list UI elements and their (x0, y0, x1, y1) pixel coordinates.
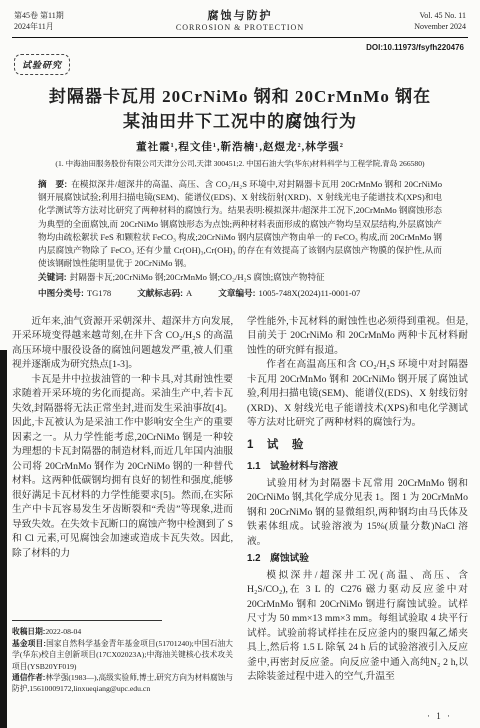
doc-code-value: A (186, 288, 192, 298)
article-id-item: 文章编号:1005-748X(2024)11-0001-07 (218, 287, 360, 300)
right-column: 学性能外,卡瓦材料的耐蚀性也必须得到重视。但是,目前关于 20CrNiMo 和 … (247, 315, 468, 698)
abstract: 摘 要:在模拟深井/超深井的高温、高压、含 CO₂/H₂S 环境中,对封隔器卡瓦… (38, 178, 442, 270)
column-badge-wrap: 试验研究 (14, 54, 480, 78)
keywords: 关键词:封隔器卡瓦;20CrNiMo 钢;20CrMnMo 钢;CO₂/H₂S … (38, 271, 442, 284)
doc-code-label: 文献标志码: (137, 288, 183, 298)
article-id-label: 文章编号: (218, 288, 255, 298)
body-columns: 近年来,油气资源开采朝深井、超深井方向发展,开采环境变得越来越苛刻,在井下含 C… (0, 315, 480, 698)
article-id-value: 1005-748X(2024)11-0001-07 (259, 288, 361, 298)
affiliation: (1. 中海油田服务股份有限公司天津分公司,天津 300451;2. 中国石油大… (0, 158, 480, 169)
journal-article-page: 第45卷 第11期 2024年11月 腐蚀与防护 CORROSION & PRO… (0, 0, 480, 728)
paragraph: 作者在高温高压和含 CO₂/H₂S 环境中对封隔器卡瓦用 20CrMnMo 钢和… (247, 358, 468, 431)
corresponding-author-value: 林学强(1983—),高级实验师,博士,研究方向为材料腐蚀与防护,1561000… (12, 673, 233, 693)
page-number: · 1 · (427, 711, 452, 721)
article-title-line2: 某油田井下工况中的腐蚀行为 (20, 109, 460, 134)
doi-text: DOI:10.11973/fsyfh220476 (0, 43, 464, 52)
date-cn: 2024年11月 (14, 21, 124, 32)
header-rule (12, 37, 468, 38)
footnote-received: 收稿日期:2022-08-04 (12, 626, 233, 637)
paragraph: 卡瓦是井中拉拔油管的一种卡具,对其耐蚀性要求随着开采环境的劣化而提高。采油生产中… (12, 373, 233, 562)
paragraph: 模拟深井/超深井工况(高温、高压、含 H₂S/CO₂),在 3 L 的 C276… (247, 569, 468, 685)
footnote-block: 收稿日期:2022-08-04 基金项目:国家自然科学基金青年基金项目(5170… (12, 620, 233, 697)
column-badge: 试验研究 (14, 54, 70, 75)
header-issue-block: 第45卷 第11期 2024年11月 (14, 10, 124, 32)
clc-label: 中图分类号: (38, 288, 84, 298)
classification-row: 中图分类号:TG178 文献标志码:A 文章编号:1005-748X(2024)… (38, 287, 442, 300)
footnote-rule (12, 620, 162, 621)
fund-label: 基金项目: (12, 639, 46, 648)
doc-code-item: 文献标志码:A (137, 287, 192, 300)
left-column: 近年来,油气资源开采朝深井、超深井方向发展,开采环境变得越来越苛刻,在井下含 C… (12, 315, 233, 698)
paragraph: 试验用材为封隔器卡瓦常用 20CrMnMo 钢和 20CrNiMo 钢,其化学成… (247, 477, 468, 550)
issue-cn: 第45卷 第11期 (14, 10, 124, 21)
clc-value: TG178 (87, 288, 111, 298)
journal-name-block: 腐蚀与防护 CORROSION & PROTECTION (124, 10, 356, 33)
article-title: 封隔器卡瓦用 20CrNiMo 钢和 20CrMnMo 钢在 某油田井下工况中的… (20, 84, 460, 134)
footnote-corresponding-author: 通信作者:林学强(1983—),高级实验师,博士,研究方向为材料腐蚀与防护,15… (12, 672, 233, 695)
scan-artifact-bar (0, 350, 7, 728)
paragraph: 学性能外,卡瓦材料的耐蚀性也必须得到重视。但是,目前关于 20CrNiMo 和 … (247, 315, 468, 359)
abstract-label: 摘 要: (38, 179, 67, 189)
received-value: 2022-08-04 (45, 627, 81, 636)
journal-header: 第45卷 第11期 2024年11月 腐蚀与防护 CORROSION & PRO… (0, 0, 480, 33)
paragraph: 近年来,油气资源开采朝深井、超深井方向发展,开采环境变得越来越苛刻,在井下含 C… (12, 315, 233, 373)
author-list: 董社霞¹,程文佳¹,靳浩楠¹,赵煜龙²,林学强² (0, 139, 480, 154)
keywords-label: 关键词: (38, 272, 67, 282)
abstract-text: 在模拟深井/超深井的高温、高压、含 CO₂/H₂S 环境中,对封隔器卡瓦用 20… (38, 179, 442, 268)
date-en: November 2024 (356, 21, 466, 32)
section-1-heading: 1 试 验 (247, 438, 468, 453)
header-volume-block: Vol. 45 No. 11 November 2024 (356, 10, 466, 32)
corresponding-author-label: 通信作者: (12, 673, 45, 682)
fund-value: 国家自然科学基金青年基金项目(51701240);中国石油大学(华东)校自主创新… (12, 639, 233, 671)
keywords-text: 封隔器卡瓦;20CrNiMo 钢;20CrMnMo 钢;CO₂/H₂S 腐蚀;腐… (70, 272, 325, 282)
footnote-fund: 基金项目:国家自然科学基金青年基金项目(51701240);中国石油大学(华东)… (12, 638, 233, 672)
journal-name-en: CORROSION & PROTECTION (124, 22, 356, 33)
clc-item: 中图分类号:TG178 (38, 287, 111, 300)
received-label: 收稿日期: (12, 627, 45, 636)
article-title-line1: 封隔器卡瓦用 20CrNiMo 钢和 20CrMnMo 钢在 (20, 84, 460, 109)
section-1-2-heading: 1.2 腐蚀试验 (247, 552, 468, 567)
volume-en: Vol. 45 No. 11 (356, 10, 466, 21)
journal-name-cn: 腐蚀与防护 (124, 10, 356, 22)
section-1-1-heading: 1.1 试验材料与溶液 (247, 460, 468, 475)
